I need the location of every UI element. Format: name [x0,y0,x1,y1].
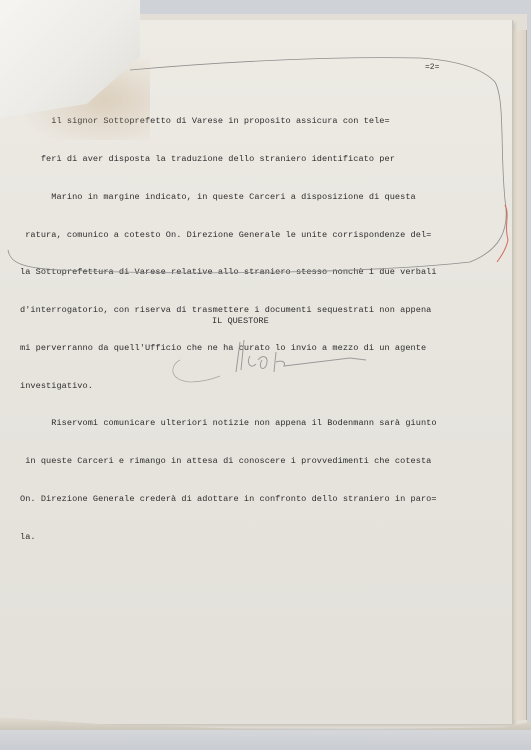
text-line: investigativo. [20,380,500,393]
text-line: la. [20,531,500,544]
text-line: Riservomi comunicare ulteriori notizie n… [20,417,500,430]
text-line: ratura, comunico a cotesto On. Direzione… [20,229,500,242]
text-line: ferì di aver disposta la traduzione dell… [20,153,500,166]
background-surface [0,728,531,750]
text-line: mi perverranno da quell'Ufficio che ne h… [20,342,500,355]
page-number: =2= [425,63,439,72]
text-line: la Sottoprefettura di Varese relative al… [20,266,500,279]
sheet-stack-edge [512,30,527,720]
text-line: d'interrogatorio, con riserva di trasmet… [20,304,500,317]
text-line: On. Direzione Generale crederà di adotta… [20,493,500,506]
signature-title: IL QUESTORE [212,316,269,326]
text-line: in queste Carceri e rimango in attesa di… [20,455,500,468]
text-line: Marino in margine indicato, in queste Ca… [20,191,500,204]
